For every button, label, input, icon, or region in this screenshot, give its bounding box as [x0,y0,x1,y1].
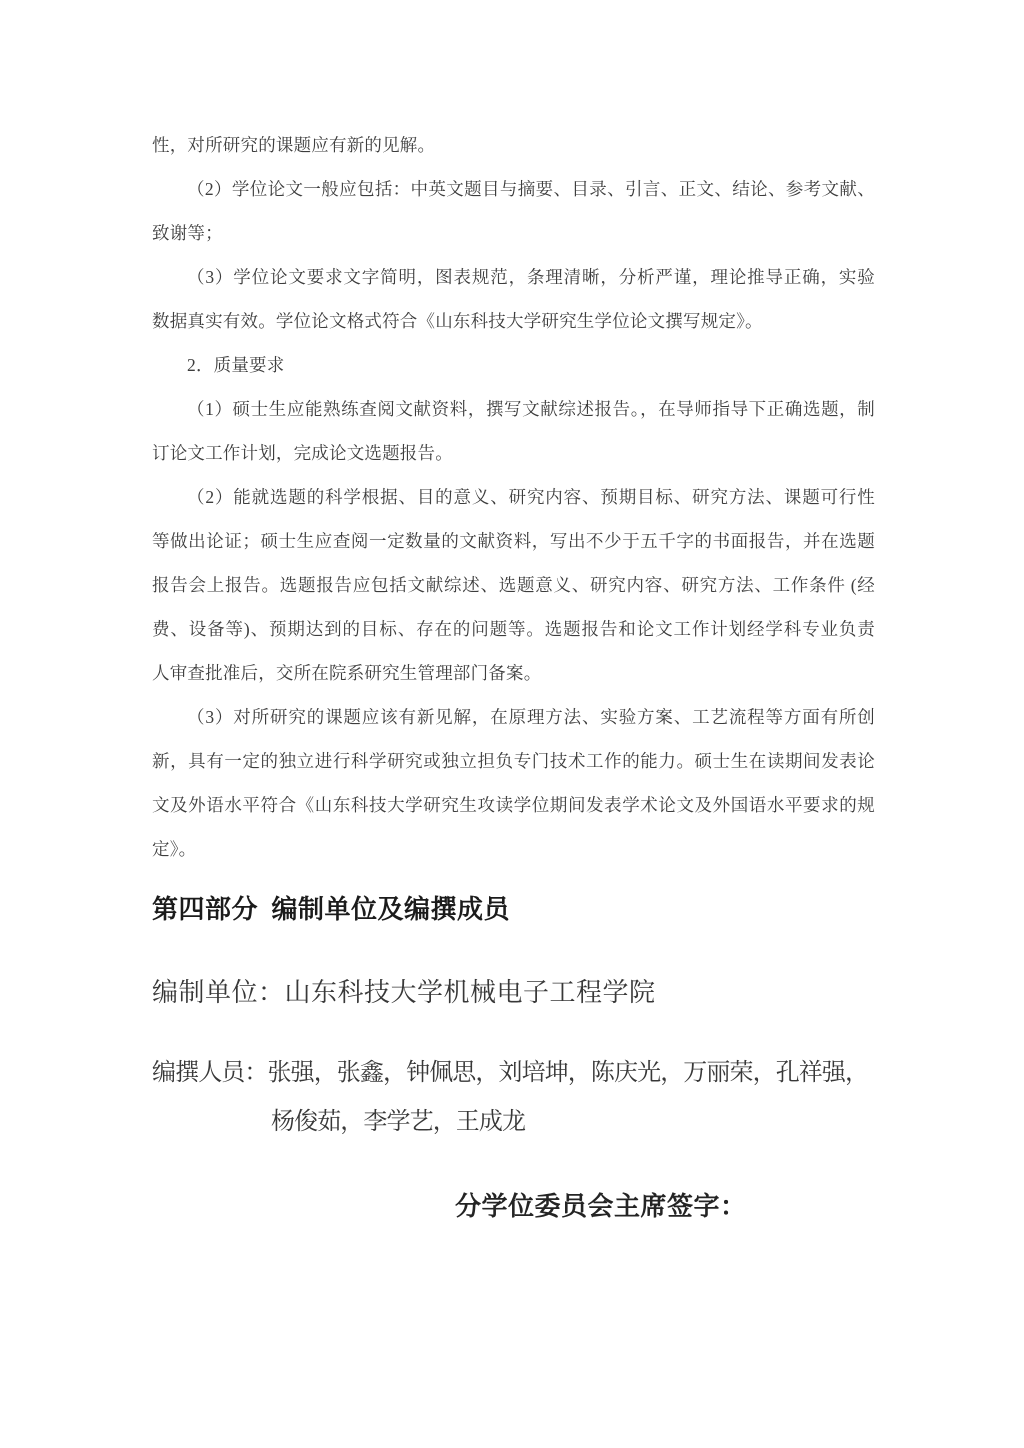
body-line: 数据真实有效。学位论文格式符合《山东科技大学研究生学位论文撰写规定》。 [152,299,875,343]
body-line: 等做出论证；硕士生应查阅一定数量的文献资料，写出不少于五千字的书面报告，并在选题 [152,519,875,563]
body-line: 定》。 [152,827,875,871]
body-paragraphs: 性，对所研究的课题应有新的见解。 （2）学位论文一般应包括：中英文题目与摘要、目… [152,123,875,871]
body-line: （3）对所研究的课题应该有新见解，在原理方法、实验方案、工艺流程等方面有所创 [152,695,875,739]
body-line: （2）学位论文一般应包括：中英文题目与摘要、目录、引言、正文、结论、参考文献、 [152,167,875,211]
body-line: （1）硕士生应能熟练查阅文献资料，撰写文献综述报告。，在导师指导下正确选题，制 [152,387,875,431]
body-line: 致谢等； [152,211,875,255]
staff-names-line: 杨俊茹，李学艺，王成龙 [271,1098,892,1147]
compiling-staff-block: 编撰人员：张强，张鑫，钟佩思，刘培坤，陈庆光，万丽荣，孔祥强， 杨俊茹，李学艺，… [152,1049,892,1147]
body-line-quality-requirements: 2．质量要求 [152,343,875,387]
body-line: 报告会上报告。选题报告应包括文献综述、选题意义、研究内容、研究方法、工作条件 (… [152,563,875,607]
document-page: 性，对所研究的课题应有新的见解。 （2）学位论文一般应包括：中英文题目与摘要、目… [0,0,1024,1448]
body-line: 新，具有一定的独立进行科学研究或独立担负专门技术工作的能力。硕士生在读期间发表论 [152,739,875,783]
staff-names-line: 编撰人员：张强，张鑫，钟佩思，刘培坤，陈庆光，万丽荣，孔祥强， [152,1049,892,1098]
compiling-unit-line: 编制单位：山东科技大学机械电子工程学院 [152,972,656,1009]
section-heading-part4: 第四部分 编制单位及编撰成员 [152,889,510,926]
body-line: （2）能就选题的科学根据、目的意义、研究内容、预期目标、研究方法、课题可行性 [152,475,875,519]
body-line: （3）学位论文要求文字简明，图表规范，条理清晰，分析严谨，理论推导正确，实验 [152,255,875,299]
committee-chair-signature-label: 分学位委员会主席签字： [455,1186,747,1223]
body-line: 人审查批准后，交所在院系研究生管理部门备案。 [152,651,875,695]
body-line: 文及外语水平符合《山东科技大学研究生攻读学位期间发表学术论文及外国语水平要求的规 [152,783,875,827]
body-line: 费、设备等)、预期达到的目标、存在的问题等。选题报告和论文工作计划经学科专业负责 [152,607,875,651]
body-line: 订论文工作计划，完成论文选题报告。 [152,431,875,475]
body-line: 性，对所研究的课题应有新的见解。 [152,123,875,167]
